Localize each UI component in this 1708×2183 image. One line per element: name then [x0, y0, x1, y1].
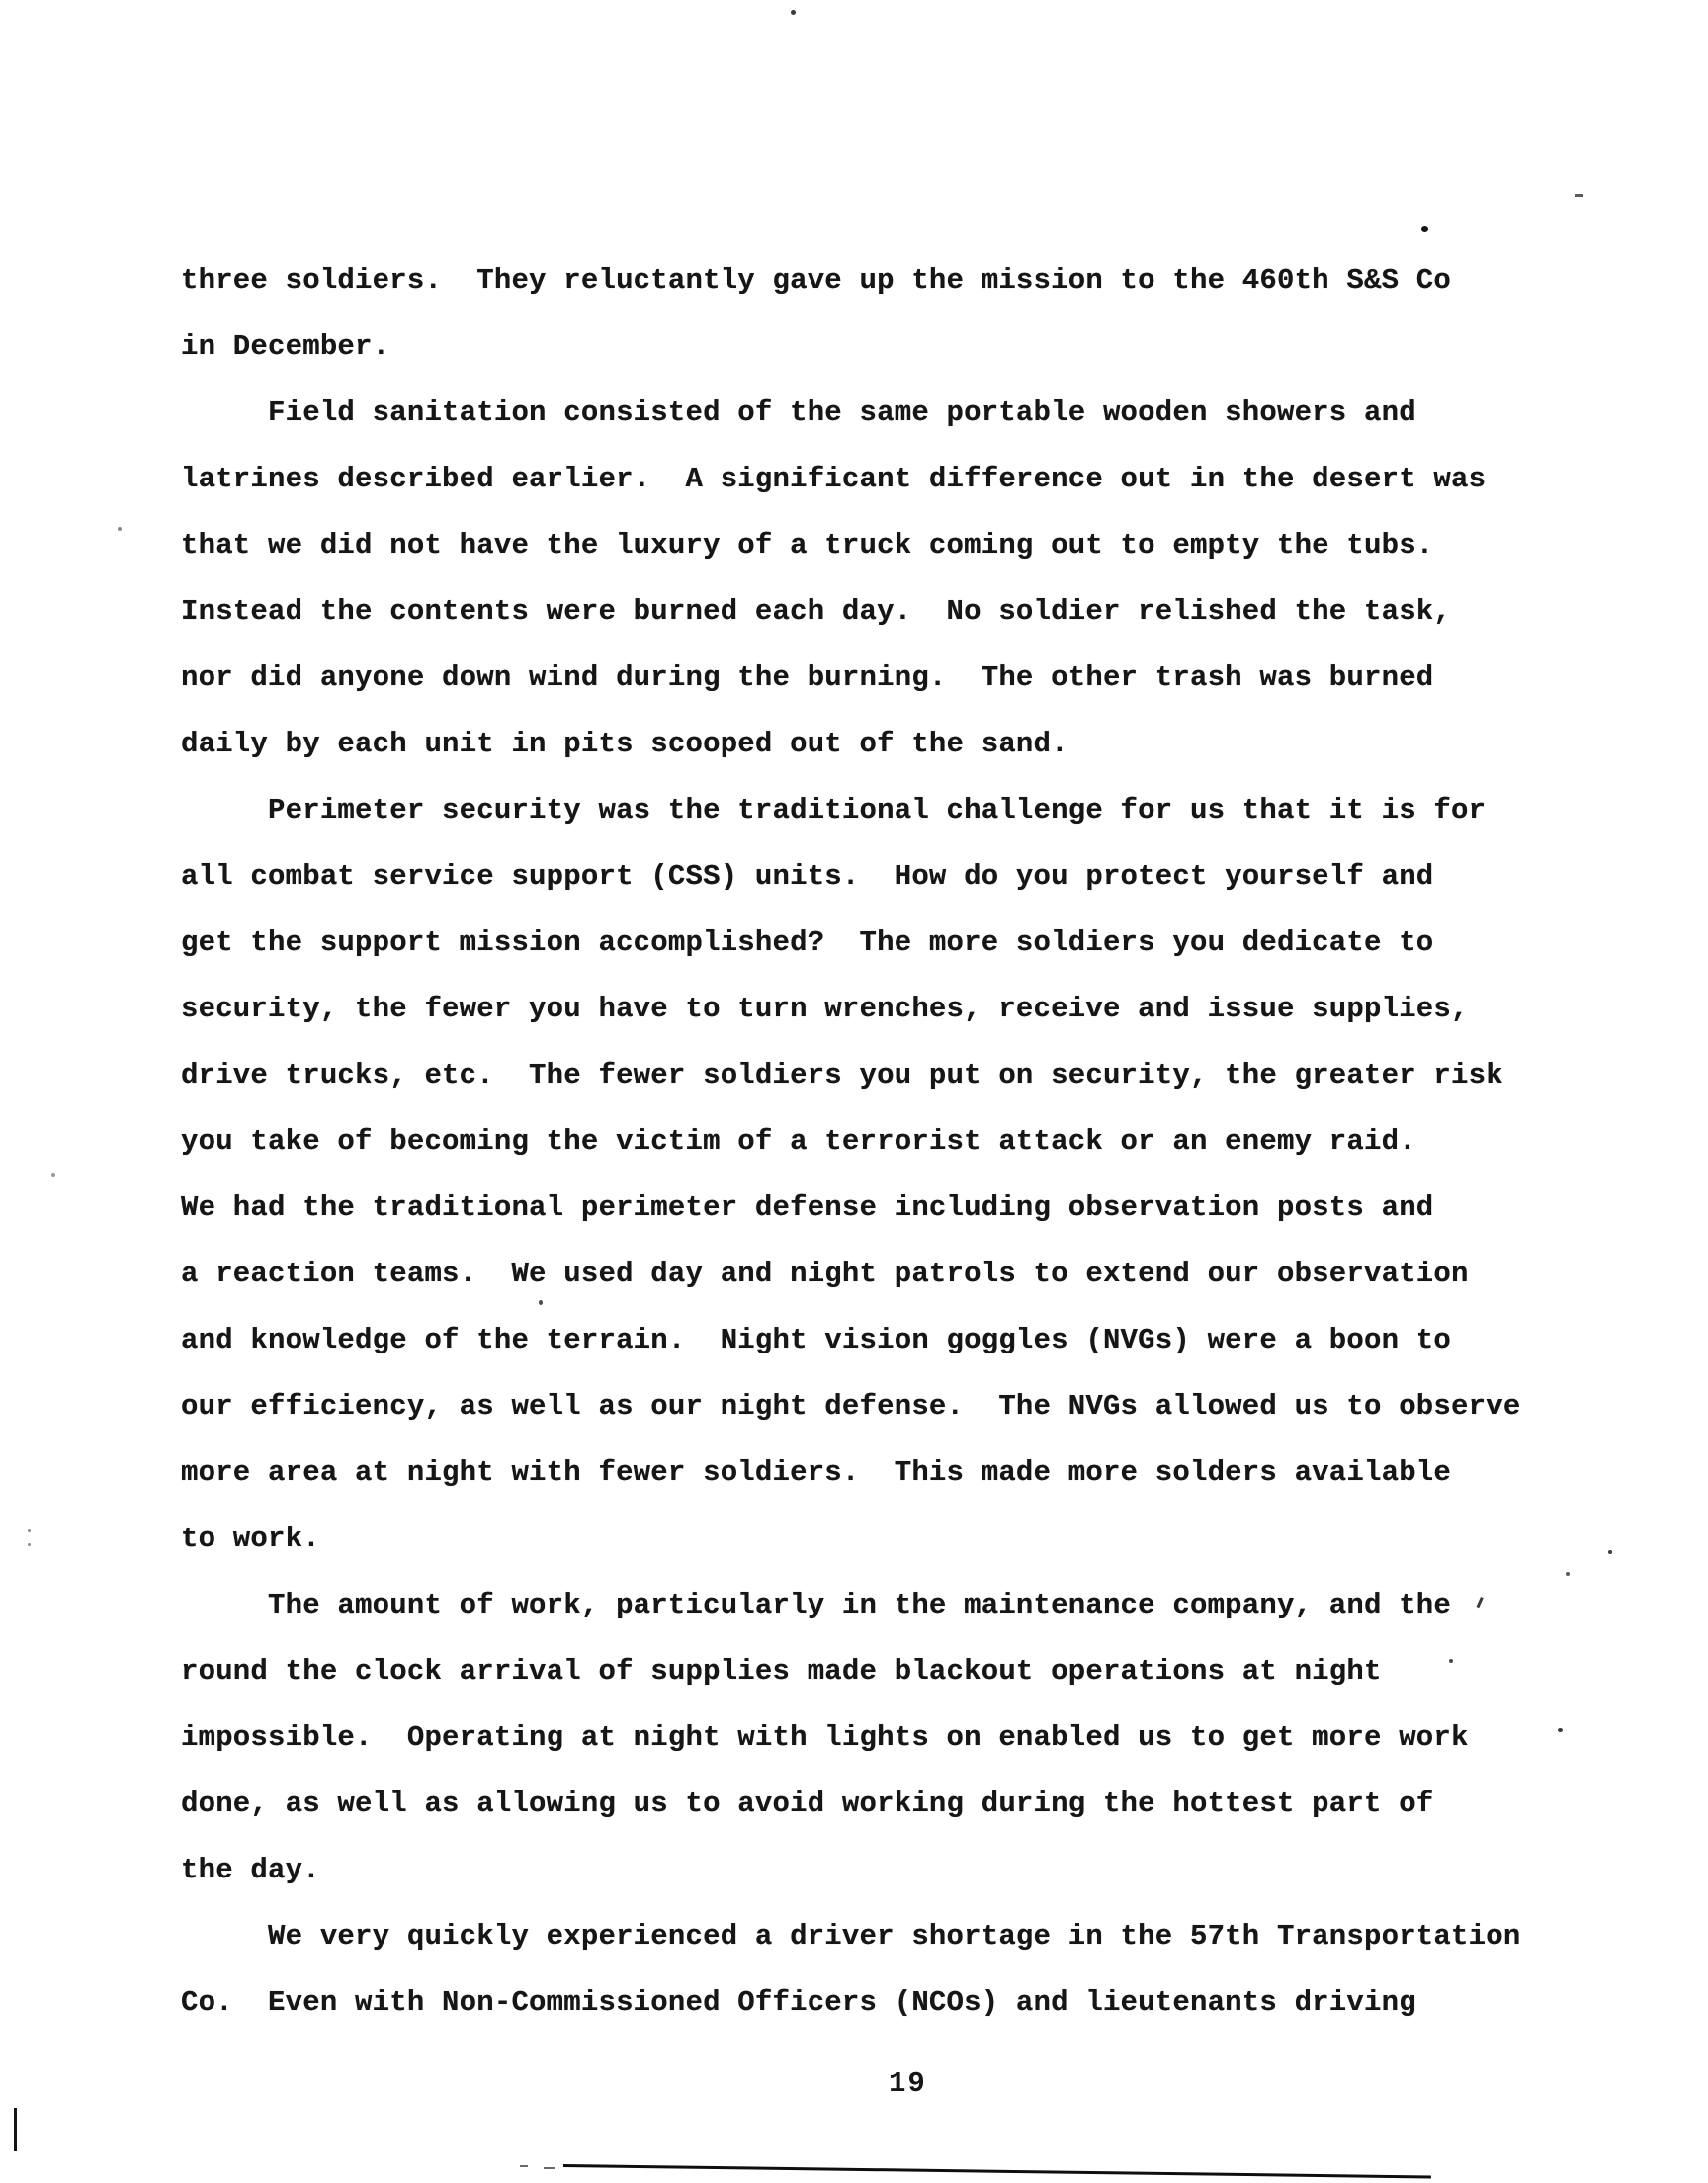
scan-speck [118, 527, 122, 531]
text-line: Instead the contents were burned each da… [181, 578, 1520, 645]
text-line: daily by each unit in pits scooped out o… [181, 711, 1520, 777]
text-line: the day. [181, 1837, 1520, 1903]
text-line: The amount of work, particularly in the … [181, 1572, 1520, 1638]
text-line: Field sanitation consisted of the same p… [181, 380, 1520, 446]
scan-speck [51, 1173, 55, 1177]
scan-speck [1566, 1572, 1570, 1576]
scan-speck [520, 2165, 528, 2167]
document-body: three soldiers. They reluctantly gave up… [181, 247, 1520, 2036]
text-line: all combat service support (CSS) units. … [181, 843, 1520, 910]
scan-speck [1558, 1728, 1563, 1732]
text-line: latrines described earlier. A significan… [181, 446, 1520, 512]
text-line: get the support mission accomplished? Th… [181, 910, 1520, 976]
text-line: more area at night with fewer soldiers. … [181, 1440, 1520, 1506]
text-line: We very quickly experienced a driver sho… [181, 1903, 1520, 1969]
text-line: our efficiency, as well as our night def… [181, 1373, 1520, 1440]
scan-speck [791, 10, 796, 15]
text-line: a reaction teams. We used day and night … [181, 1241, 1520, 1307]
scan-speck [1421, 226, 1428, 232]
text-line: round the clock arrival of supplies made… [181, 1638, 1520, 1704]
text-line: security, the fewer you have to turn wre… [181, 976, 1520, 1042]
scan-speck [544, 2167, 555, 2169]
text-line: in December. [181, 313, 1520, 380]
scanned-page: three soldiers. They reluctantly gave up… [0, 0, 1708, 2183]
scan-line [563, 2164, 1431, 2178]
text-line: and knowledge of the terrain. Night visi… [181, 1307, 1520, 1373]
scan-speck [1608, 1550, 1612, 1554]
scan-speck [28, 1529, 31, 1532]
scan-speck [1575, 194, 1583, 197]
scan-speck [14, 2108, 17, 2151]
text-line: drive trucks, etc. The fewer soldiers yo… [181, 1042, 1520, 1108]
scan-speck [1449, 1659, 1453, 1663]
text-line: that we did not have the luxury of a tru… [181, 512, 1520, 578]
text-line: Co. Even with Non-Commissioned Officers … [181, 1969, 1520, 2036]
text-line: you take of becoming the victim of a ter… [181, 1108, 1520, 1175]
text-line: impossible. Operating at night with ligh… [181, 1704, 1520, 1771]
page-number: 19 [889, 2062, 927, 2106]
text-line: three soldiers. They reluctantly gave up… [181, 247, 1520, 313]
text-line: Perimeter security was the traditional c… [181, 777, 1520, 843]
scan-speck [539, 1300, 543, 1305]
text-line: nor did anyone down wind during the burn… [181, 645, 1520, 711]
text-line: done, as well as allowing us to avoid wo… [181, 1771, 1520, 1837]
text-line: to work. [181, 1506, 1520, 1572]
text-line: We had the traditional perimeter defense… [181, 1175, 1520, 1241]
scan-speck [28, 1543, 31, 1546]
